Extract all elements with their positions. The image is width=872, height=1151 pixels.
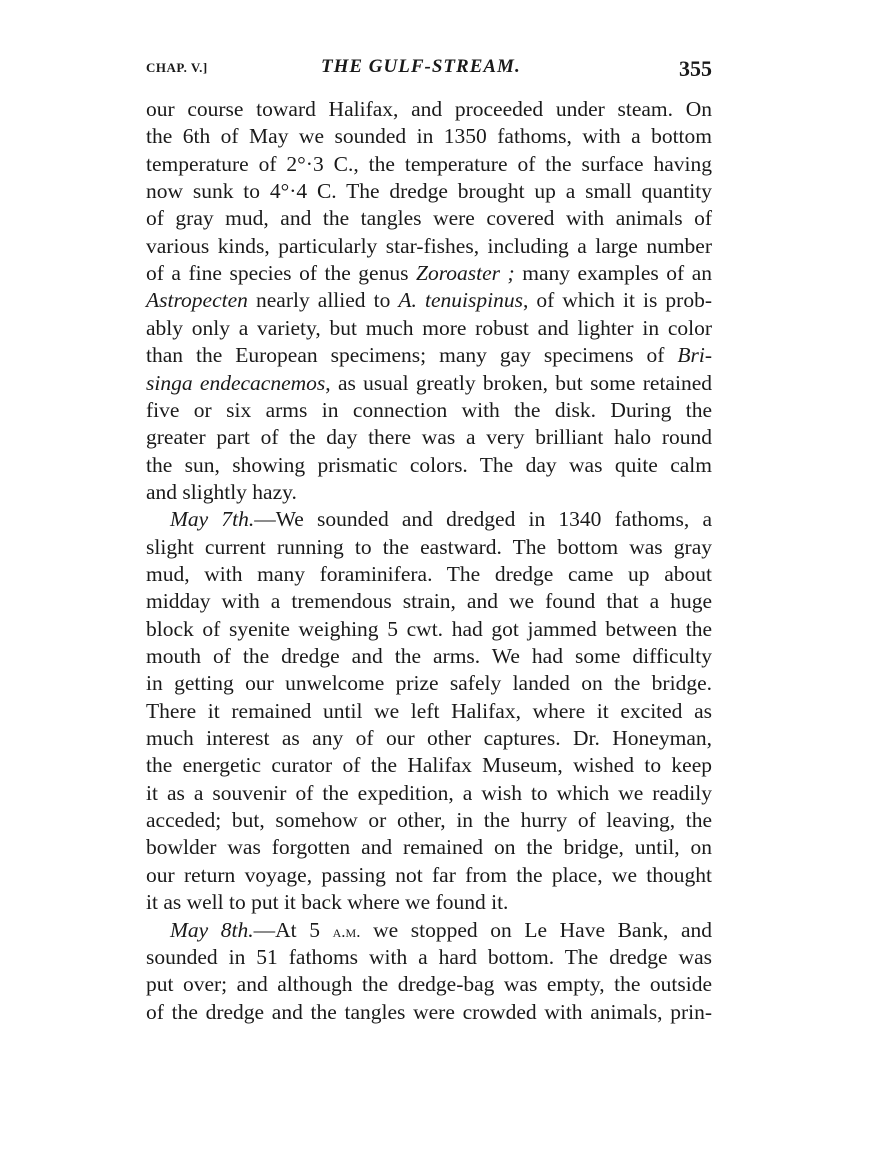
text-span: the 6th of May we sounded in 1350 fathom… — [146, 124, 712, 148]
text-span: —We sounded and dredged in 1340 fathoms,… — [254, 507, 712, 531]
text-span: greater part of the day there was a very… — [146, 425, 712, 449]
text-line: our return voyage, passing not far from … — [146, 861, 712, 889]
text-span: ably only a variety, but much more robus… — [146, 316, 712, 340]
text-line: ably only a variety, but much more robus… — [146, 314, 712, 342]
text-line: put over; and although the dredge-bag wa… — [146, 970, 712, 998]
text-span: now sunk to 4°·4 C. The dredge brought u… — [146, 179, 712, 203]
text-span: bowlder was forgotten and remained on th… — [146, 835, 712, 859]
text-line: our course toward Halifax, and proceeded… — [146, 95, 712, 123]
text-line: singa endecacnemos, as usual greatly bro… — [146, 369, 712, 397]
text-span: it as well to put it back where we found… — [146, 890, 508, 914]
body-text: our course toward Halifax, and proceeded… — [0, 0, 872, 1151]
italic-text: A. tenuispinus — [398, 288, 523, 312]
text-span: the sun, showing prismatic colors. The d… — [146, 453, 712, 477]
text-span: of a fine species of the genus — [146, 261, 416, 285]
text-line: mouth of the dredge and the arms. We had… — [146, 642, 712, 670]
text-line: acceded; but, somehow or other, in the h… — [146, 806, 712, 834]
text-line: May 8th.—At 5 a.m. we stopped on Le Have… — [170, 916, 712, 946]
text-line: bowlder was forgotten and remained on th… — [146, 833, 712, 861]
italic-text: Astropecten — [146, 288, 248, 312]
text-line: of the dredge and the tangles were crowd… — [146, 998, 712, 1026]
text-line: the 6th of May we sounded in 1350 fathom… — [146, 122, 712, 150]
text-line: temperature of 2°·3 C., the temperature … — [146, 150, 712, 178]
text-line: Astropecten nearly allied to A. tenuispi… — [146, 286, 712, 314]
text-line: it as well to put it back where we found… — [146, 888, 712, 916]
text-line: sounded in 51 fathoms with a hard bottom… — [146, 943, 712, 971]
text-line: slight current running to the eastward. … — [146, 533, 712, 561]
text-span: slight current running to the eastward. … — [146, 535, 712, 559]
text-span: a.m. — [333, 922, 361, 941]
italic-text: May 7th. — [170, 507, 254, 531]
text-span: mouth of the dredge and the arms. We had… — [146, 644, 712, 668]
text-line: midday with a tremendous strain, and we … — [146, 587, 712, 615]
text-span: nearly allied to — [248, 288, 399, 312]
text-span: many examples of an — [515, 261, 712, 285]
text-line: much interest as any of our other captur… — [146, 724, 712, 752]
text-line: in getting our unwelcome prize safely la… — [146, 669, 712, 697]
text-line: the sun, showing prismatic colors. The d… — [146, 451, 712, 479]
text-span: put over; and although the dredge-bag wa… — [146, 972, 712, 996]
italic-text: Bri- — [677, 343, 712, 367]
text-span: various kinds, particularly star-fishes,… — [146, 234, 712, 258]
text-span: midday with a tremendous strain, and we … — [146, 589, 712, 613]
text-line: mud, with many foraminifera. The dredge … — [146, 560, 712, 588]
text-span: it as a souvenir of the expedition, a wi… — [146, 781, 712, 805]
text-span: in getting our unwelcome prize safely la… — [146, 671, 712, 695]
text-line: of gray mud, and the tangles were covere… — [146, 204, 712, 232]
text-line: block of syenite weighing 5 cwt. had got… — [146, 615, 712, 643]
text-span: , of which it is prob- — [523, 288, 712, 312]
text-line: five or six arms in connection with the … — [146, 396, 712, 424]
text-line: greater part of the day there was a very… — [146, 423, 712, 451]
text-line: than the European specimens; many gay sp… — [146, 341, 712, 369]
text-line: the energetic curator of the Halifax Mus… — [146, 751, 712, 779]
text-line: of a fine species of the genus Zoroaster… — [146, 259, 712, 287]
text-span: of the dredge and the tangles were crowd… — [146, 1000, 712, 1024]
italic-text: singa endecacnemos — [146, 371, 325, 395]
text-line: now sunk to 4°·4 C. The dredge brought u… — [146, 177, 712, 205]
text-span: we stopped on Le Have Bank, and — [360, 918, 712, 942]
text-line: it as a souvenir of the expedition, a wi… — [146, 779, 712, 807]
text-span: sounded in 51 fathoms with a hard bottom… — [146, 945, 712, 969]
text-span: our course toward Halifax, and proceeded… — [146, 97, 712, 121]
text-span: acceded; but, somehow or other, in the h… — [146, 808, 712, 832]
text-span: and slightly hazy. — [146, 480, 297, 504]
text-span: than the European specimens; many gay sp… — [146, 343, 677, 367]
italic-text: May 8th. — [170, 918, 254, 942]
text-span: the energetic curator of the Halifax Mus… — [146, 753, 712, 777]
text-line: There it remained until we left Halifax,… — [146, 697, 712, 725]
text-span: block of syenite weighing 5 cwt. had got… — [146, 617, 712, 641]
text-span: mud, with many foraminifera. The dredge … — [146, 562, 712, 586]
text-span: temperature of 2°·3 C., the temperature … — [146, 152, 712, 176]
text-span: of gray mud, and the tangles were covere… — [146, 206, 712, 230]
text-span: our return voyage, passing not far from … — [146, 863, 712, 887]
text-span: five or six arms in connection with the … — [146, 398, 712, 422]
text-span: much interest as any of our other captur… — [146, 726, 712, 750]
text-line: various kinds, particularly star-fishes,… — [146, 232, 712, 260]
text-line: and slightly hazy. — [146, 478, 712, 506]
text-span: There it remained until we left Halifax,… — [146, 699, 712, 723]
text-line: May 7th.—We sounded and dredged in 1340 … — [170, 505, 712, 533]
text-span: —At 5 — [254, 918, 333, 942]
italic-text: Zoroaster ; — [416, 261, 515, 285]
text-span: , as usual greatly broken, but some reta… — [325, 371, 712, 395]
